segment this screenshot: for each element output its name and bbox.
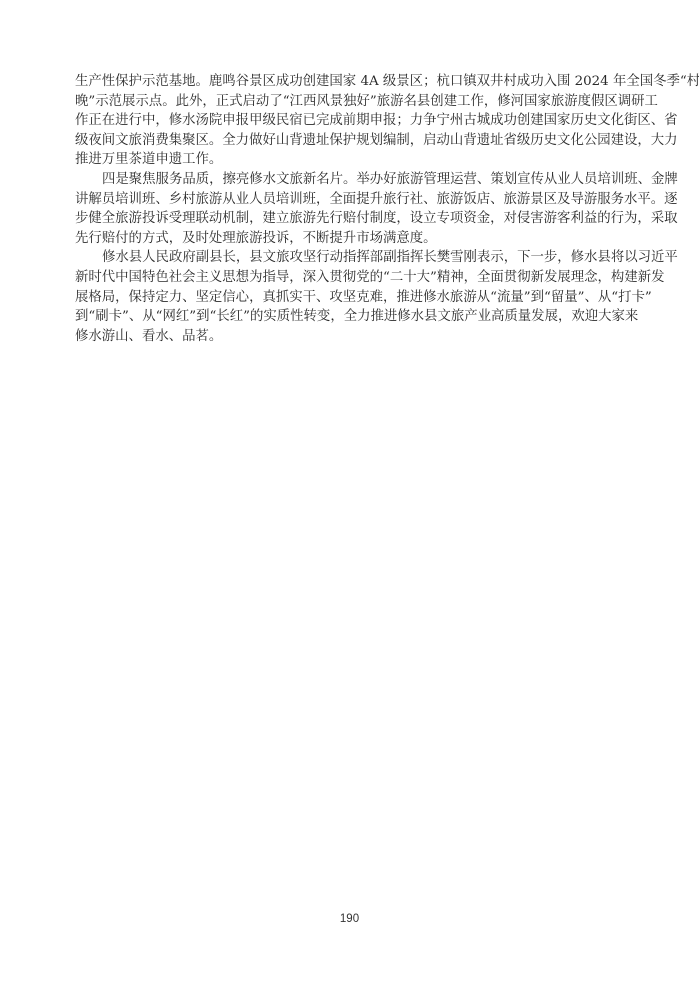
text-line: 新时代中国特色社会主义思想为指导，深入贯彻党的“二十大”精神，全面贯彻新发展理念…	[75, 268, 625, 288]
text-line: 修水游山、看水、品茗。	[75, 327, 625, 347]
text-line: 展格局，保持定力、坚定信心，真抓实干、攻坚克难，推进修水旅游从“流量”到“留量”…	[75, 288, 625, 308]
text-line: 步健全旅游投诉受理联动机制，建立旅游先行赔付制度，设立专项资金，对侵害游客利益的…	[75, 209, 625, 229]
text-line: 讲解员培训班、乡村旅游从业人员培训班，全面提升旅行社、旅游饭店、旅游景区及导游服…	[75, 190, 625, 210]
text-line: 先行赔付的方式，及时处理旅游投诉，不断提升市场满意度。	[75, 229, 625, 249]
text-line: 修水县人民政府副县长，县文旅攻坚行动指挥部副指挥长樊雪刚表示，下一步，修水县将以…	[75, 248, 625, 268]
text-line: 四是聚焦服务品质，擦亮修水文旅新名片。举办好旅游管理运营、策划宣传从业人员培训班…	[75, 170, 625, 190]
text-line: 推进万里茶道申遗工作。	[75, 150, 625, 170]
body-text: 生产性保护示范基地。鹿鸣谷景区成功创建国家 4A 级景区；杭口镇双井村成功入围 …	[75, 72, 625, 346]
paragraph-deputy-county-head-statement: 修水县人民政府副县长，县文旅攻坚行动指挥部副指挥长樊雪刚表示，下一步，修水县将以…	[75, 248, 625, 346]
text-line: 晚”示范展示点。此外，正式启动了“江西风景独好”旅游名县创建工作，修河国家旅游度…	[75, 92, 625, 112]
paragraph-service-quality: 四是聚焦服务品质，擦亮修水文旅新名片。举办好旅游管理运营、策划宣传从业人员培训班…	[75, 170, 625, 248]
text-line: 生产性保护示范基地。鹿鸣谷景区成功创建国家 4A 级景区；杭口镇双井村成功入围 …	[75, 72, 625, 92]
paragraph-tourism-brand-creation: 生产性保护示范基地。鹿鸣谷景区成功创建国家 4A 级景区；杭口镇双井村成功入围 …	[75, 72, 625, 170]
page-number: 190	[0, 913, 699, 925]
text-line: 作正在进行中，修水汤院申报甲级民宿已完成前期申报；力争宁州古城成功创建国家历史文…	[75, 111, 625, 131]
document-page: 生产性保护示范基地。鹿鸣谷景区成功创建国家 4A 级景区；杭口镇双井村成功入围 …	[0, 0, 699, 987]
text-line: 级夜间文旅消费集聚区。全力做好山背遗址保护规划编制，启动山背遗址省级历史文化公园…	[75, 131, 625, 151]
text-line: 到“刷卡”、从“网红”到“长红”的实质性转变，全力推进修水县文旅产业高质量发展，…	[75, 307, 625, 327]
